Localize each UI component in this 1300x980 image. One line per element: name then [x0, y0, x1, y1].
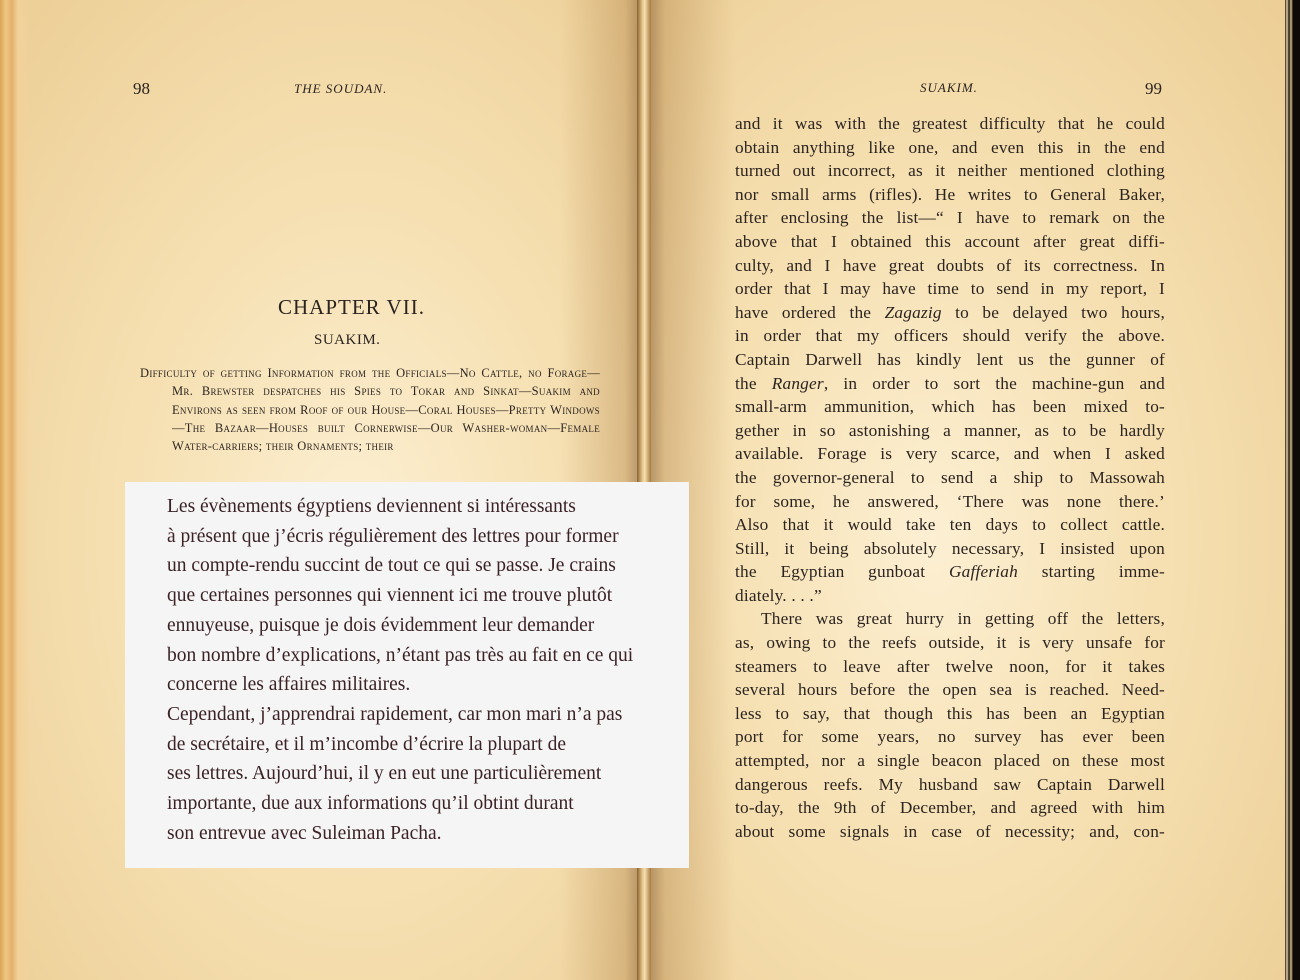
- text-line: nor small arms (rifles). He writes to Ge…: [735, 183, 1165, 207]
- page-edges: [1285, 0, 1300, 980]
- text-line: after enclosing the list—“ I have to rem…: [735, 206, 1165, 230]
- ship-name-zagazig: Zagazig: [885, 303, 942, 322]
- right-running-head: SUAKIM.: [920, 80, 978, 96]
- text-line: to-day, the 9th of December, and agreed …: [735, 796, 1165, 820]
- ship-name-gafferiah: Gafferiah: [949, 562, 1018, 581]
- left-running-head: THE SOUDAN.: [294, 81, 387, 97]
- left-page-number: 98: [133, 79, 150, 99]
- right-page-number: 99: [1145, 79, 1162, 99]
- chapter-synopsis: Difficulty of getting Information from t…: [140, 364, 600, 455]
- translation-line: bon nombre d’explications, n’étant pas t…: [167, 641, 687, 671]
- text-line: and it was with the greatest difficulty …: [735, 112, 1165, 136]
- text-line: gether in so astonishing a manner, as to…: [735, 419, 1165, 443]
- translation-line: un compte-rendu succint de tout ce qui s…: [167, 551, 687, 581]
- text-line: Still, it being absolutely necessary, I …: [735, 537, 1165, 561]
- text-line: culty, and I have great doubts of its co…: [735, 254, 1165, 278]
- text-line: have ordered the Zagazig to be delayed t…: [735, 301, 1165, 325]
- text-line: attempted, nor a single beacon placed on…: [735, 749, 1165, 773]
- text-line: There was great hurry in getting off the…: [735, 607, 1165, 631]
- text-line: Captain Darwell has kindly lent us the g…: [735, 348, 1165, 372]
- text-line: above that I obtained this account after…: [735, 230, 1165, 254]
- translation-line: concerne les affaires militaires.: [167, 670, 687, 700]
- translation-line: Les évènements égyptiens deviennent si i…: [167, 492, 687, 522]
- translation-line: à présent que j’écris régulièrement des …: [167, 522, 687, 552]
- text-line: the governor-general to send a ship to M…: [735, 466, 1165, 490]
- right-page-body: and it was with the greatest difficulty …: [735, 112, 1165, 843]
- text-line: port for some years, no survey has ever …: [735, 725, 1165, 749]
- text-line: turned out incorrect, as it neither ment…: [735, 159, 1165, 183]
- text-line: as, owing to the reefs outside, it is ve…: [735, 631, 1165, 655]
- translation-line: que certaines personnes qui viennent ici…: [167, 581, 687, 611]
- translation-line: ses lettres. Aujourd’hui, il y en eut un…: [167, 759, 687, 789]
- text-line: dangerous reefs. My husband saw Captain …: [735, 773, 1165, 797]
- text-line: steamers to leave after twelve noon, for…: [735, 655, 1165, 679]
- text-line: in order that my officers should verify …: [735, 324, 1165, 348]
- translation-line: Cependant, j’apprendrai rapidement, car …: [167, 700, 687, 730]
- translation-line: de secrétaire, et il m’incombe d’écrire …: [167, 730, 687, 760]
- text-line: Also that it would take ten days to coll…: [735, 513, 1165, 537]
- text-line: order that I may have time to send in my…: [735, 277, 1165, 301]
- chapter-title: CHAPTER VII.: [278, 295, 425, 320]
- text-line: small-arm ammunition, which has been mix…: [735, 395, 1165, 419]
- translation-line: importante, due aux informations qu’il o…: [167, 789, 687, 819]
- text-line: available. Forage is very scarce, and wh…: [735, 442, 1165, 466]
- text-line: obtain anything like one, and even this …: [735, 136, 1165, 160]
- text-line: about some signals in case of necessity;…: [735, 820, 1165, 844]
- translation-line: ennuyeuse, puisque je dois évidemment le…: [167, 611, 687, 641]
- text-line: less to say, that though this has been a…: [735, 702, 1165, 726]
- text-line: the Egyptian gunboat Gafferiah starting …: [735, 560, 1165, 584]
- text-line: the Ranger, in order to sort the machine…: [735, 372, 1165, 396]
- open-book: 98 THE SOUDAN. CHAPTER VII. SUAKIM. Diff…: [0, 0, 1300, 980]
- translation-text: Les évènements égyptiens deviennent si i…: [167, 492, 687, 848]
- text-line: diately. . . .”: [735, 584, 1165, 608]
- text-line: for some, he answered, ‘There was none t…: [735, 490, 1165, 514]
- chapter-subtitle: SUAKIM.: [314, 332, 380, 349]
- text-line: several hours before the open sea is rea…: [735, 678, 1165, 702]
- translation-line: son entrevue avec Suleiman Pacha.: [167, 819, 687, 849]
- ship-name-ranger: Ranger: [772, 374, 824, 393]
